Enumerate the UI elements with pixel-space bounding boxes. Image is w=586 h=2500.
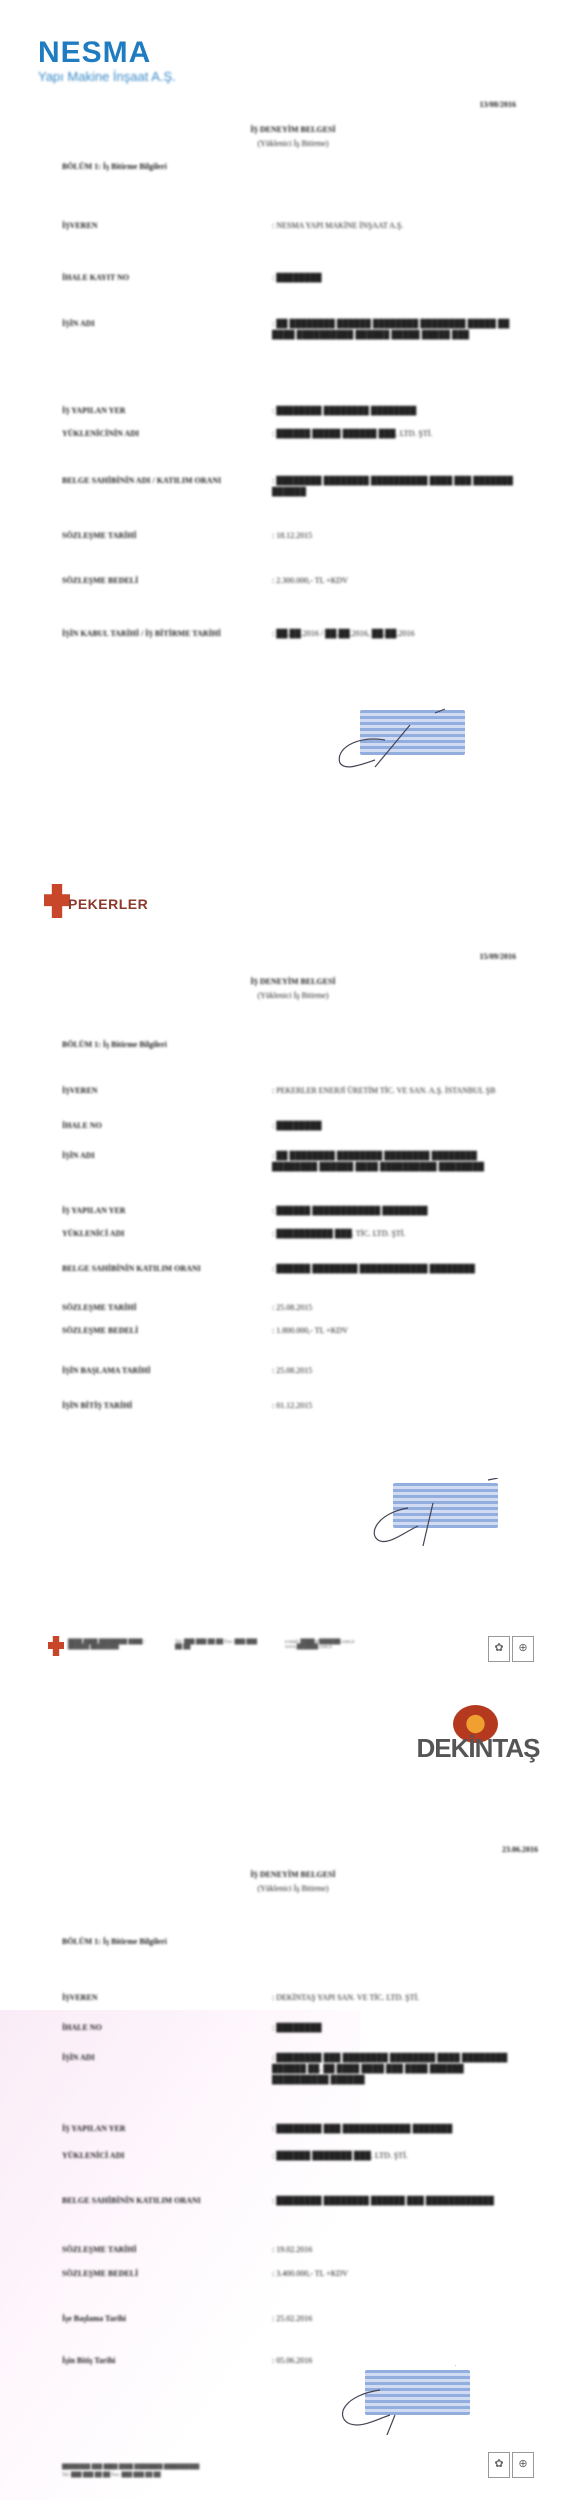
field-value: : 19.02.2016	[272, 2244, 522, 2255]
field-value: : ████████ ███ ████████████ ███████	[272, 2123, 522, 2134]
field-value: : 25.02.2016	[272, 2313, 522, 2324]
field-value: : 3.400.000,- TL +KDV	[272, 2268, 522, 2279]
field-label: İŞVEREN	[62, 1992, 272, 2003]
field-label: İşin Bitiş Tarihi	[62, 2355, 272, 2366]
document-dekintas: DEKİNTAŞ 23.06.2016 İŞ DENEYİM BELGESİ (…	[0, 0, 586, 2500]
signature-stamp	[320, 2365, 470, 2435]
field-label: İŞ YAPILAN YER	[62, 2123, 272, 2134]
field-label: SÖZLEŞME TARİHİ	[62, 2244, 272, 2255]
certification-badge-icon: ⊕	[512, 2452, 534, 2478]
field-label: YÜKLENİCİ ADI	[62, 2150, 272, 2161]
field-value: : ██████ ███████ ███. LTD. ŞTİ.	[272, 2150, 522, 2161]
field-value: : DEKİNTAŞ YAPI SAN. VE TİC. LTD. ŞTİ.	[272, 1992, 522, 2003]
field-value: : ████████ ███ ████████ ████████ ████ ██…	[272, 2052, 522, 2085]
certification-badge-icon: ✿	[488, 2452, 510, 2478]
field-value: : ████████ ████████ ██████ ███ █████████…	[272, 2195, 522, 2206]
field-value: : ████████	[272, 2022, 522, 2033]
field-label: İşe Başlama Tarihi	[62, 2313, 272, 2324]
document-number: 23.06.2016	[502, 1845, 538, 1854]
field-label: İHALE NO	[62, 2022, 272, 2033]
field-label: BELGE SAHİBİNİN KATILIM ORANI	[62, 2195, 272, 2206]
field-label: SÖZLEŞME BEDELİ	[62, 2268, 272, 2279]
dekintas-logo: DEKİNTAŞ	[408, 1705, 548, 1780]
field-label: İŞİN ADI	[62, 2052, 272, 2063]
section-heading: BÖLÜM 1: İş Bitirme Bilgileri	[62, 1937, 167, 1946]
document-title: İŞ DENEYİM BELGESİ (Yüklenici İş Bitirme…	[0, 1868, 586, 1896]
